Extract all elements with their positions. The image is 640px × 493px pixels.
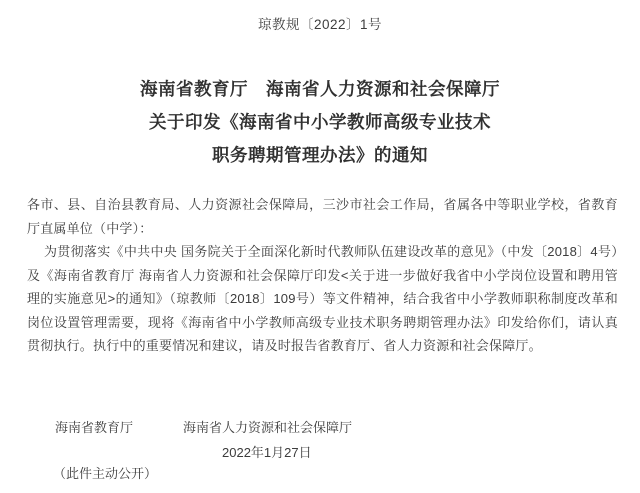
signature-agency-hr-social-security: 海南省人力资源和社会保障厅 (183, 416, 352, 439)
official-document-page: 琼教规〔2022〕1号 海南省教育厅 海南省人力资源和社会保障厅 关于印发《海南… (0, 0, 640, 493)
document-title-line-2: 关于印发《海南省中小学教师高级专业技术 (0, 106, 640, 139)
signature-agency-education: 海南省教育厅 (55, 416, 133, 439)
document-title: 海南省教育厅 海南省人力资源和社会保障厅 关于印发《海南省中小学教师高级专业技术… (0, 73, 640, 172)
document-body: 各市、县、自治县教育局、人力资源社会保障局，三沙市社会工作局，省属各中等职业学校… (27, 193, 618, 358)
main-paragraph: 为贯彻落实《中共中央 国务院关于全面深化新时代教师队伍建设改革的意见》（中发〔2… (27, 240, 618, 358)
signature-date: 2022年1月27日 (222, 441, 312, 464)
salutation-paragraph: 各市、县、自治县教育局、人力资源社会保障局，三沙市社会工作局，省属各中等职业学校… (27, 193, 618, 240)
document-title-line-3: 职务聘期管理办法》的通知 (0, 139, 640, 172)
document-title-line-1: 海南省教育厅 海南省人力资源和社会保障厅 (0, 73, 640, 106)
disclosure-note: （此件主动公开） (53, 462, 157, 485)
document-number: 琼教规〔2022〕1号 (0, 0, 640, 33)
